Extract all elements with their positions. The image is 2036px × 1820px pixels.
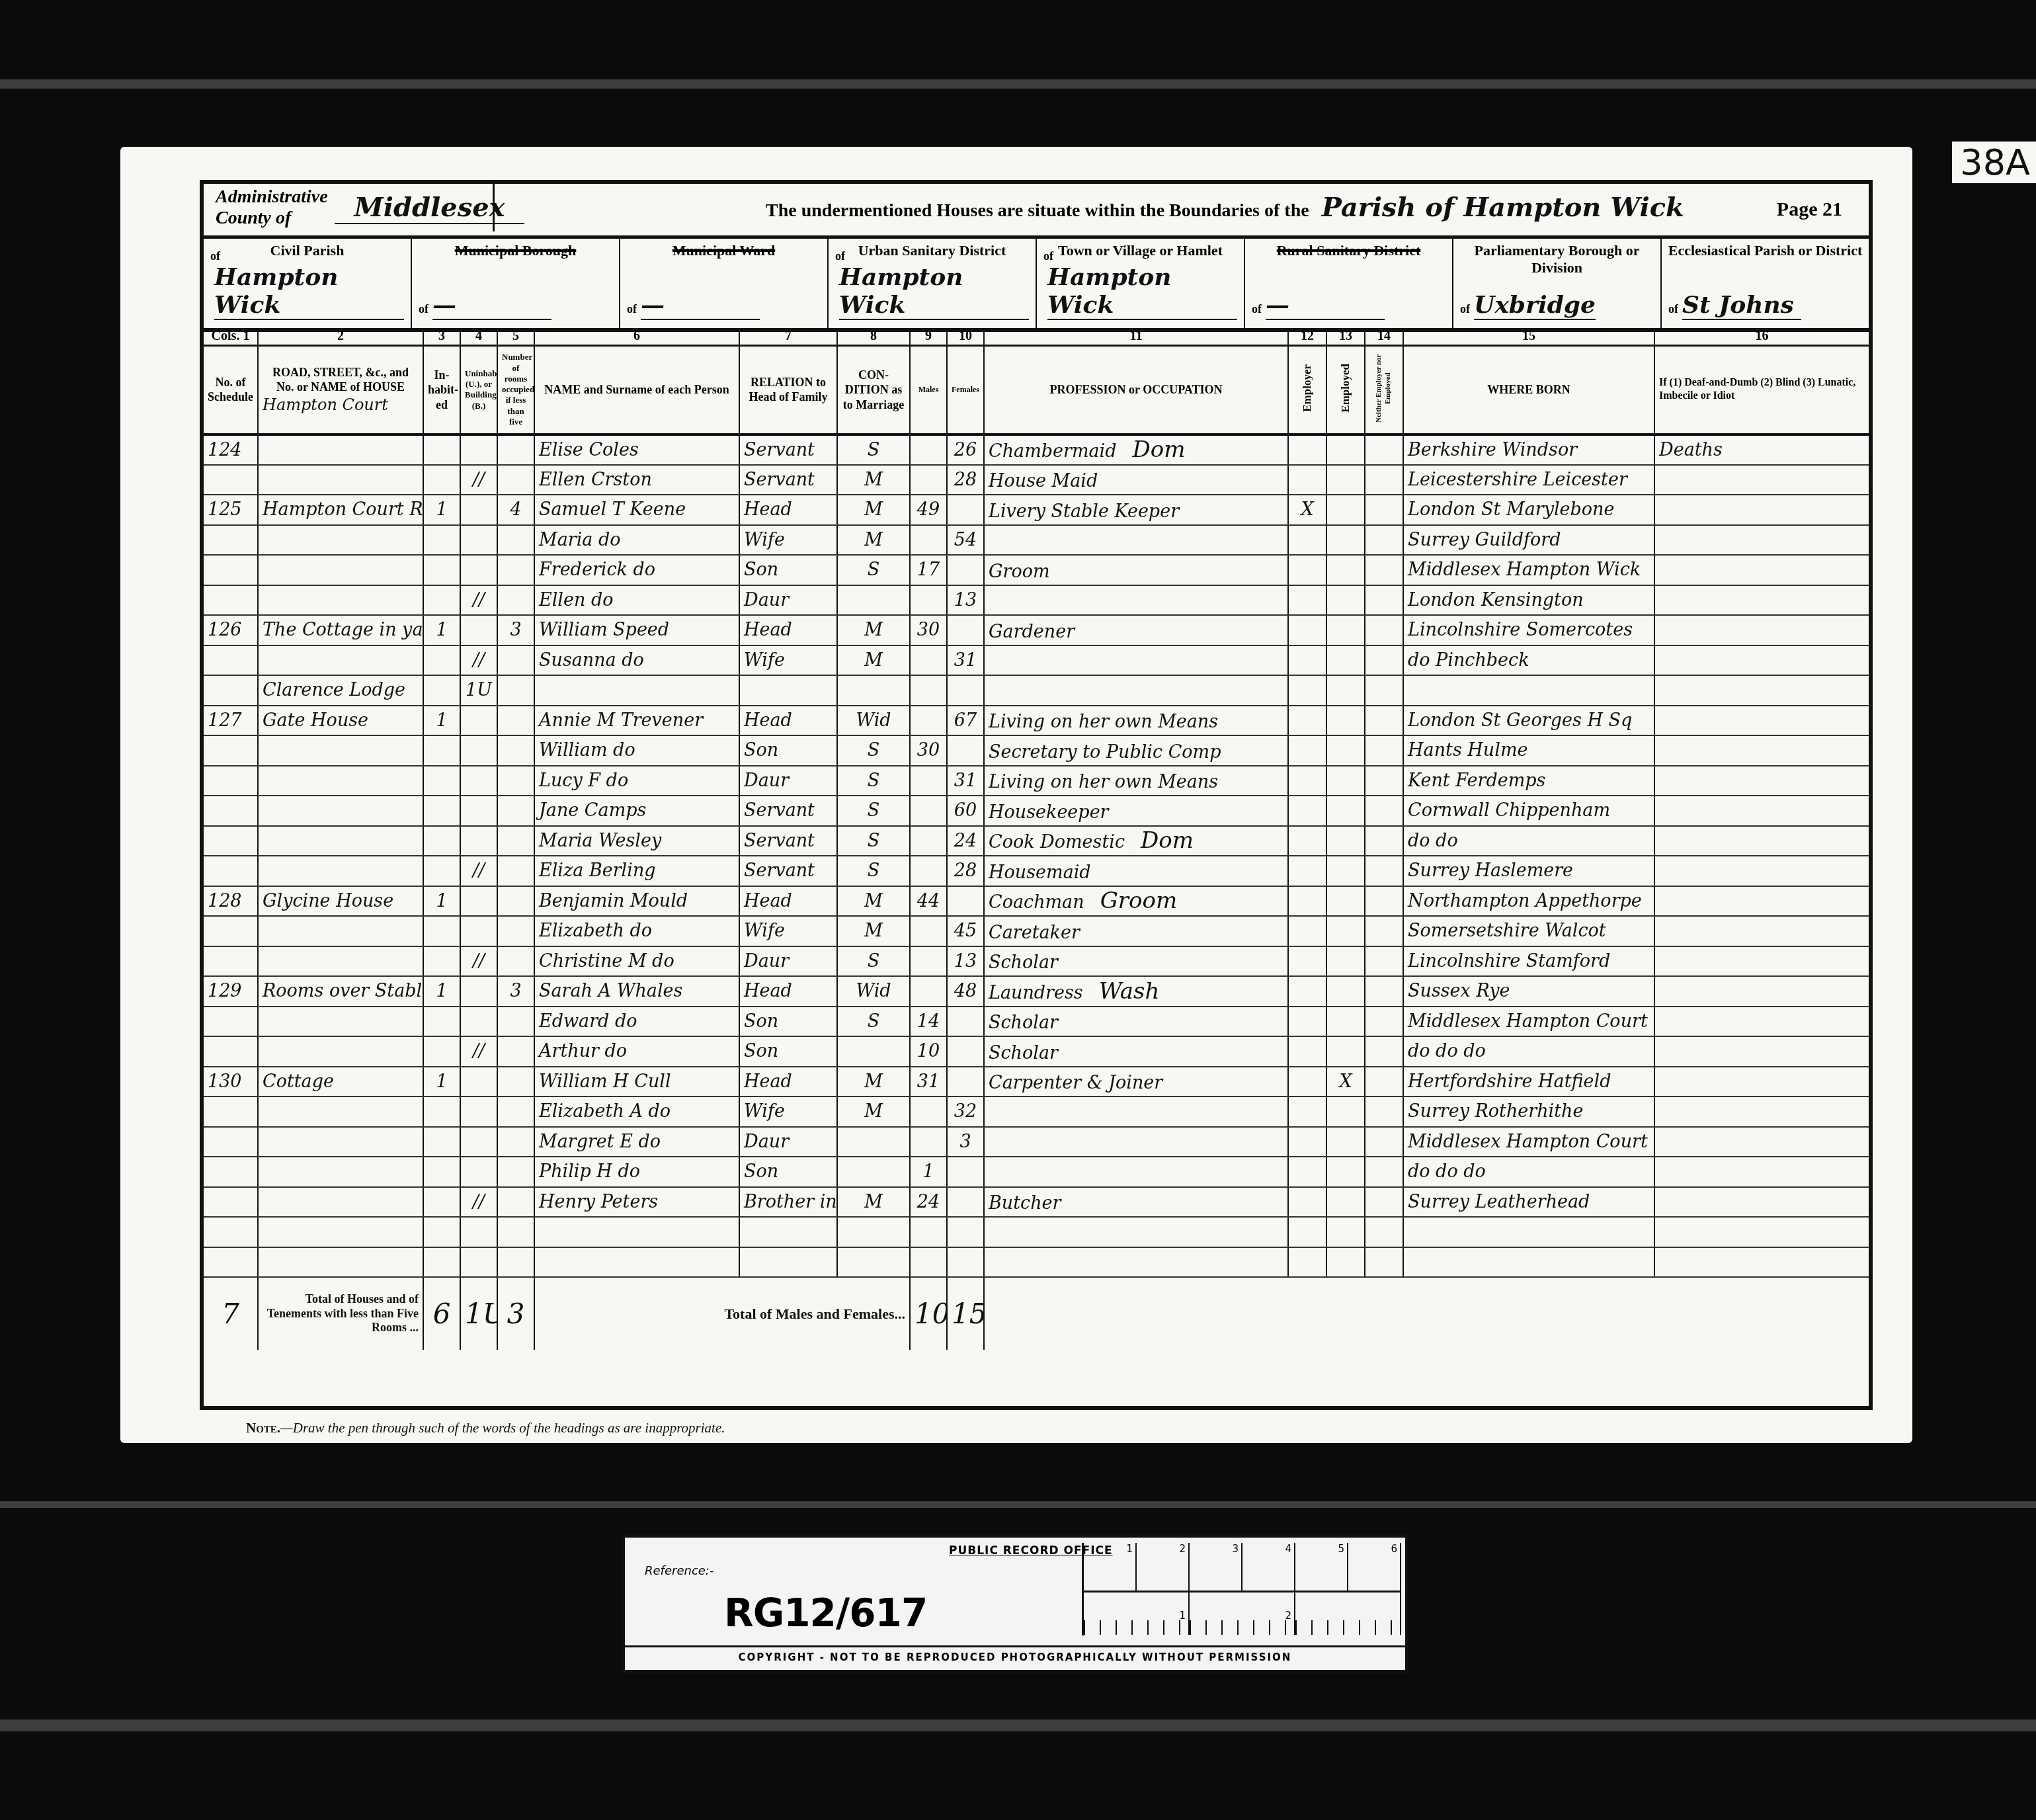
census-row: Maria do Wife M 54 Surrey Guildford [204, 525, 1869, 556]
cell-condition: M [837, 525, 910, 556]
cell-rooms [497, 1036, 534, 1067]
cell-uninhabited [460, 1096, 497, 1127]
cell-occupation [984, 1157, 1288, 1187]
total-mf-label: Total of Males and Females... [534, 1277, 910, 1350]
cell-where-born: Cornwall Chippenham [1403, 796, 1654, 826]
cell-employed [1326, 916, 1365, 946]
header-neither: Neither Employer nor Employed [1365, 345, 1403, 434]
cell-infirmity [1654, 555, 1869, 585]
cell-infirmity [1654, 916, 1869, 946]
cell-condition [837, 1036, 910, 1067]
admin-districts: Civil Parish ofHampton Wick Municipal Bo… [204, 235, 1869, 332]
cell-inhabited [423, 1157, 460, 1187]
totals-row: 7 Total of Houses and of Tenements with … [204, 1277, 1869, 1350]
cell-condition: Wid [837, 976, 910, 1007]
cell-condition [837, 1247, 910, 1278]
cell-employed [1326, 976, 1365, 1007]
cell-condition: M [837, 916, 910, 946]
cell-where-born: Kent Ferdemps [1403, 766, 1654, 796]
cell-schedule [204, 826, 258, 856]
cell-where-born: Berkshire Windsor [1403, 434, 1654, 465]
cell-male-age [910, 976, 947, 1007]
cell-road: The Cottage in yard [258, 615, 423, 645]
cell-name: Elizabeth do [534, 916, 739, 946]
cell-infirmity [1654, 525, 1869, 556]
cell-infirmity [1654, 796, 1869, 826]
cell-infirmity [1654, 826, 1869, 856]
cell-occupation: Carpenter & Joiner [984, 1067, 1288, 1097]
cell-female-age [947, 1217, 984, 1247]
cell-occupation: Gardener [984, 615, 1288, 645]
cell-employer [1288, 1217, 1326, 1247]
cell-employed [1326, 645, 1365, 676]
cell-road [258, 1007, 423, 1037]
cell-where-born: Lincolnshire Stamford [1403, 946, 1654, 977]
cell-occupation [984, 675, 1288, 706]
header-where-born: WHERE BORN [1403, 345, 1654, 434]
cell-schedule [204, 796, 258, 826]
cell-neither [1365, 675, 1403, 706]
cell-inhabited [423, 585, 460, 616]
cell-employer [1288, 1007, 1326, 1037]
census-row: // Eliza Berling Servant S 28 Housemaid … [204, 856, 1869, 886]
cell-rooms [497, 886, 534, 917]
cell-male-age: 30 [910, 735, 947, 766]
cell-name: Frederick do [534, 555, 739, 585]
cell-employed [1326, 585, 1365, 616]
cell-relation [739, 1217, 837, 1247]
cell-employed [1326, 1247, 1365, 1278]
cell-where-born: Surrey Rotherhithe [1403, 1096, 1654, 1127]
cell-employed [1326, 434, 1365, 465]
cell-road [258, 645, 423, 676]
cell-relation [739, 1247, 837, 1278]
form-header: Administrative County of Middlesex The u… [204, 184, 1869, 239]
copyright-notice: COPYRIGHT - NOT TO BE REPRODUCED PHOTOGR… [625, 1645, 1405, 1663]
cell-male-age [910, 856, 947, 886]
cell-name: Ellen Crston [534, 465, 739, 495]
cell-occupation [984, 1127, 1288, 1157]
cell-neither [1365, 1157, 1403, 1187]
cell-uninhabited [460, 916, 497, 946]
cell-male-age [910, 434, 947, 465]
cell-schedule [204, 1127, 258, 1157]
cell-rooms [497, 645, 534, 676]
cell-name: Annie M Trevener [534, 706, 739, 736]
cell-infirmity [1654, 946, 1869, 977]
cell-occupation: Caretaker [984, 916, 1288, 946]
cell-name: Maria Wesley [534, 826, 739, 856]
header-employed: Employed [1326, 345, 1365, 434]
cell-employed [1326, 826, 1365, 856]
cell-uninhabited: // [460, 465, 497, 495]
col-num: 4 [460, 328, 497, 345]
cell-uninhabited: // [460, 645, 497, 676]
cell-employer [1288, 766, 1326, 796]
cell-rooms [497, 706, 534, 736]
cell-occupation: ChambermaidDom [984, 434, 1288, 465]
cell-relation: Servant [739, 826, 837, 856]
cell-relation: Son [739, 1157, 837, 1187]
cell-where-born: London St Georges H Sq [1403, 706, 1654, 736]
header-relation: RELATION to Head of Family [739, 345, 837, 434]
total-males: 10 [910, 1277, 947, 1350]
cell-inhabited [423, 1036, 460, 1067]
admin-parliamentary: Parliamentary Borough or Division ofUxbr… [1453, 235, 1662, 328]
cell-employed [1326, 1187, 1365, 1218]
cell-condition: S [837, 766, 910, 796]
cell-schedule: 127 [204, 706, 258, 736]
total-females: 15 [947, 1277, 984, 1350]
cell-schedule [204, 465, 258, 495]
cell-road [258, 946, 423, 977]
census-row [204, 1247, 1869, 1278]
admin-value: St Johns [1682, 291, 1801, 320]
admin-label: Municipal Borough [412, 242, 619, 259]
cell-employer [1288, 796, 1326, 826]
census-row: // Susanna do Wife M 31 do Pinchbeck [204, 645, 1869, 676]
cell-inhabited: 1 [423, 495, 460, 525]
cell-rooms [497, 555, 534, 585]
cell-road: Cottage [258, 1067, 423, 1097]
cell-inhabited [423, 946, 460, 977]
cell-infirmity [1654, 1007, 1869, 1037]
cell-where-born: Northampton Appethorpe [1403, 886, 1654, 917]
cell-uninhabited [460, 1247, 497, 1278]
cell-name: Maria do [534, 525, 739, 556]
header-name: NAME and Surname of each Person [534, 345, 739, 434]
col-num: 12 [1288, 328, 1326, 345]
cell-infirmity [1654, 1036, 1869, 1067]
column-headers: No. of Schedule ROAD, STREET, &c., and N… [204, 345, 1869, 434]
cell-male-age [910, 465, 947, 495]
header-occupation: PROFESSION or OCCUPATION [984, 345, 1288, 434]
cell-name: William do [534, 735, 739, 766]
cell-name: Lucy F do [534, 766, 739, 796]
cell-where-born: Hants Hulme [1403, 735, 1654, 766]
cell-condition [837, 1157, 910, 1187]
cell-where-born [1403, 1217, 1654, 1247]
cell-name: Susanna do [534, 645, 739, 676]
cell-female-age: 28 [947, 856, 984, 886]
cell-occupation [984, 645, 1288, 676]
cell-male-age [910, 796, 947, 826]
cell-uninhabited [460, 1127, 497, 1157]
cell-relation: Head [739, 495, 837, 525]
cell-relation: Wife [739, 645, 837, 676]
cell-uninhabited [460, 615, 497, 645]
census-row: William do Son S 30 Secretary to Public … [204, 735, 1869, 766]
cell-condition: S [837, 826, 910, 856]
cell-male-age [910, 706, 947, 736]
cell-condition: S [837, 856, 910, 886]
cell-schedule [204, 525, 258, 556]
county-value: Middlesex [335, 192, 525, 224]
cell-employed [1326, 615, 1365, 645]
cell-relation: Wife [739, 1096, 837, 1127]
cell-uninhabited [460, 886, 497, 917]
cell-neither [1365, 796, 1403, 826]
cell-employed [1326, 675, 1365, 706]
cell-employer [1288, 465, 1326, 495]
cell-uninhabited [460, 796, 497, 826]
cell-uninhabited: // [460, 1187, 497, 1218]
cell-rooms: 3 [497, 976, 534, 1007]
cell-male-age [910, 1247, 947, 1278]
cell-uninhabited [460, 525, 497, 556]
cell-schedule [204, 1247, 258, 1278]
cell-uninhabited: 1U [460, 675, 497, 706]
census-row: Philip H do Son 1 do do do [204, 1157, 1869, 1187]
cell-inhabited [423, 796, 460, 826]
cell-inhabited [423, 434, 460, 465]
total-rooms: 3 [497, 1277, 534, 1350]
cell-employed [1326, 525, 1365, 556]
census-row: // Ellen Crston Servant M 28 House Maid … [204, 465, 1869, 495]
cell-name: Sarah A Whales [534, 976, 739, 1007]
cell-rooms [497, 1067, 534, 1097]
cell-schedule: 124 [204, 434, 258, 465]
census-sheet: 38A Administrative County of Middlesex T… [120, 147, 1912, 1443]
cell-where-born: Somersetshire Walcot [1403, 916, 1654, 946]
admin-value: Hampton Wick [839, 263, 1029, 320]
cell-name: Philip H do [534, 1157, 739, 1187]
cell-employed [1326, 495, 1365, 525]
cell-where-born: Middlesex Hampton Court [1403, 1007, 1654, 1037]
census-row: Edward do Son S 14 Scholar Middlesex Ham… [204, 1007, 1869, 1037]
cell-male-age [910, 1127, 947, 1157]
admin-label: Rural Sanitary District [1245, 242, 1452, 259]
cell-infirmity [1654, 1127, 1869, 1157]
cell-where-born [1403, 675, 1654, 706]
cell-condition: Wid [837, 706, 910, 736]
cell-female-age [947, 675, 984, 706]
cell-name: Henry Peters [534, 1187, 739, 1218]
cell-condition: M [837, 495, 910, 525]
cell-name: William H Cull [534, 1067, 739, 1097]
page-number: Page 21 [1777, 198, 1842, 221]
cell-infirmity [1654, 645, 1869, 676]
folio-mark: 38A [1952, 142, 2036, 183]
cell-relation [739, 675, 837, 706]
cell-inhabited: 1 [423, 706, 460, 736]
cell-rooms [497, 1127, 534, 1157]
cell-rooms [497, 1247, 534, 1278]
cell-name: Elizabeth A do [534, 1096, 739, 1127]
cell-male-age [910, 1217, 947, 1247]
totals-blank [984, 1277, 1869, 1350]
cell-male-age: 10 [910, 1036, 947, 1067]
cell-neither [1365, 1187, 1403, 1218]
admin-civil-parish: Civil Parish ofHampton Wick [204, 235, 412, 328]
census-row [204, 1217, 1869, 1247]
cell-rooms [497, 946, 534, 977]
cell-uninhabited [460, 1217, 497, 1247]
cell-male-age [910, 525, 947, 556]
cell-employer [1288, 1127, 1326, 1157]
cell-occupation: Livery Stable Keeper [984, 495, 1288, 525]
cell-female-age: 60 [947, 796, 984, 826]
cell-neither [1365, 465, 1403, 495]
cell-inhabited: 1 [423, 886, 460, 917]
cell-employer [1288, 555, 1326, 585]
cell-infirmity [1654, 976, 1869, 1007]
cell-male-age: 31 [910, 1067, 947, 1097]
cell-occupation: Housekeeper [984, 796, 1288, 826]
cell-condition: S [837, 555, 910, 585]
cell-uninhabited [460, 706, 497, 736]
cell-inhabited [423, 1096, 460, 1127]
cell-relation: Head [739, 1067, 837, 1097]
cell-employer [1288, 946, 1326, 977]
cell-road [258, 1127, 423, 1157]
cell-relation: Servant [739, 796, 837, 826]
cell-name: Jane Camps [534, 796, 739, 826]
col-num: Cols. 1 [204, 328, 258, 345]
cell-female-age: 45 [947, 916, 984, 946]
cell-employed: X [1326, 1067, 1365, 1097]
cell-where-born: London Kensington [1403, 585, 1654, 616]
cell-where-born: Leicestershire Leicester [1403, 465, 1654, 495]
cell-occupation [984, 585, 1288, 616]
cell-neither [1365, 946, 1403, 977]
cell-where-born: do do do [1403, 1157, 1654, 1187]
cell-road: Glycine House [258, 886, 423, 917]
cell-neither [1365, 826, 1403, 856]
cell-employer [1288, 434, 1326, 465]
cell-female-age: 67 [947, 706, 984, 736]
cell-where-born: do Pinchbeck [1403, 645, 1654, 676]
admin-value: — [432, 291, 551, 320]
cell-female-age [947, 1036, 984, 1067]
cell-schedule: 128 [204, 886, 258, 917]
cell-rooms [497, 1157, 534, 1187]
cell-occupation [984, 1247, 1288, 1278]
cell-employer [1288, 886, 1326, 917]
cell-uninhabited [460, 1007, 497, 1037]
header-condition: CON-DITION as to Marriage [837, 345, 910, 434]
cell-road [258, 434, 423, 465]
cell-neither [1365, 1217, 1403, 1247]
cell-infirmity [1654, 706, 1869, 736]
header-uninhabited: Uninhabited (U.), or Building (B.) [460, 345, 497, 434]
cell-female-age: 31 [947, 645, 984, 676]
cell-neither [1365, 735, 1403, 766]
cell-employer [1288, 585, 1326, 616]
col-num: 7 [739, 328, 837, 345]
cell-name: Ellen do [534, 585, 739, 616]
cell-female-age: 54 [947, 525, 984, 556]
cell-occupation: Groom [984, 555, 1288, 585]
cell-schedule [204, 1007, 258, 1037]
form-note: Note.—Draw the pen through such of the w… [246, 1420, 725, 1436]
cell-uninhabited: // [460, 946, 497, 977]
col-num: 16 [1654, 328, 1869, 345]
cell-occupation: Cook DomesticDom [984, 826, 1288, 856]
column-numbers: Cols. 1 2 3 4 5 6 7 8 9 10 11 12 13 14 1… [204, 328, 1869, 345]
cell-neither [1365, 1067, 1403, 1097]
cell-infirmity [1654, 856, 1869, 886]
cell-schedule [204, 1187, 258, 1218]
cell-employer [1288, 645, 1326, 676]
cell-uninhabited: // [460, 856, 497, 886]
cell-relation: Son [739, 1007, 837, 1037]
cell-relation: Servant [739, 856, 837, 886]
admin-value: Hampton Wick [1047, 263, 1237, 320]
cell-employer [1288, 735, 1326, 766]
admin-value: Hampton Wick [214, 263, 404, 320]
cell-where-born: London St Marylebone [1403, 495, 1654, 525]
cell-neither [1365, 1036, 1403, 1067]
cell-female-age [947, 886, 984, 917]
film-stripe [0, 1501, 2036, 1508]
cell-inhabited [423, 1127, 460, 1157]
cell-male-age [910, 766, 947, 796]
cell-employer [1288, 1067, 1326, 1097]
cell-rooms: 4 [497, 495, 534, 525]
cell-employed [1326, 796, 1365, 826]
cell-condition: M [837, 645, 910, 676]
census-row: Lucy F do Daur S 31 Living on her own Me… [204, 766, 1869, 796]
cell-where-born: Surrey Haslemere [1403, 856, 1654, 886]
cell-female-age: 24 [947, 826, 984, 856]
cell-occupation: Scholar [984, 946, 1288, 977]
col-num: 9 [910, 328, 947, 345]
cell-occupation: Housemaid [984, 856, 1288, 886]
cell-neither [1365, 1007, 1403, 1037]
cell-infirmity [1654, 766, 1869, 796]
cell-name: Elise Coles [534, 434, 739, 465]
cell-occupation [984, 525, 1288, 556]
cell-employed [1326, 1127, 1365, 1157]
cell-name: Arthur do [534, 1036, 739, 1067]
cell-male-age [910, 675, 947, 706]
scale-ruler: 1 2 3 4 5 6 1 2 [1082, 1543, 1401, 1635]
cell-employer [1288, 615, 1326, 645]
cell-female-age [947, 1187, 984, 1218]
cell-employed [1326, 1157, 1365, 1187]
cell-schedule [204, 1217, 258, 1247]
cell-female-age [947, 555, 984, 585]
cell-relation: Brother in Law [739, 1187, 837, 1218]
cell-road [258, 826, 423, 856]
cell-uninhabited [460, 766, 497, 796]
cell-inhabited [423, 826, 460, 856]
film-stripe [0, 1719, 2036, 1731]
cell-employer [1288, 675, 1326, 706]
cell-where-born: Middlesex Hampton Court [1403, 1127, 1654, 1157]
admin-village: Town or Village or Hamlet ofHampton Wick [1037, 235, 1245, 328]
cell-female-age: 13 [947, 585, 984, 616]
cell-occupation: Secretary to Public Comp [984, 735, 1288, 766]
col-num: 13 [1326, 328, 1365, 345]
cell-road: Rooms over Stables [258, 976, 423, 1007]
cell-rooms [497, 585, 534, 616]
census-row: // Arthur do Son 10 Scholar do do do [204, 1036, 1869, 1067]
census-row: Elizabeth do Wife M 45 Caretaker Somerse… [204, 916, 1869, 946]
col-num: 14 [1365, 328, 1403, 345]
cell-infirmity: Deaths [1654, 434, 1869, 465]
census-row: // Henry Peters Brother in Law M 24 Butc… [204, 1187, 1869, 1218]
cell-female-age: 48 [947, 976, 984, 1007]
col-num: 10 [947, 328, 984, 345]
cell-inhabited [423, 465, 460, 495]
cell-inhabited [423, 525, 460, 556]
admin-value: — [641, 291, 760, 320]
cell-schedule: 129 [204, 976, 258, 1007]
cell-uninhabited [460, 735, 497, 766]
census-row: Margret E do Daur 3 Middlesex Hampton Co… [204, 1127, 1869, 1157]
